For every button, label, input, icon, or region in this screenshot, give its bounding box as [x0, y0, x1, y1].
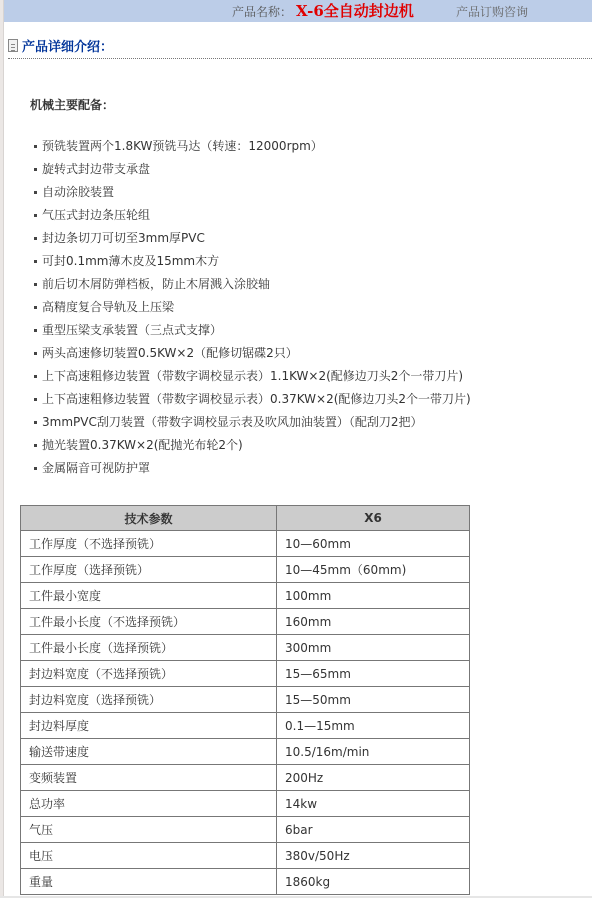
- param-cell: 工件最小长度（不选择预铣）: [21, 609, 277, 635]
- equipment-heading: 机械主要配备：: [30, 96, 114, 113]
- value-cell: 10—60mm: [277, 531, 470, 557]
- param-cell: 封边料厚度: [21, 713, 277, 739]
- section-header: 产品详细介绍：: [8, 36, 113, 54]
- list-item: 自动涂胶装置: [34, 181, 471, 204]
- param-cell: 气压: [21, 817, 277, 843]
- product-name-label: 产品名称：: [232, 3, 292, 20]
- table-row: 变频装置200Hz: [21, 765, 470, 791]
- value-cell: 200Hz: [277, 765, 470, 791]
- value-cell: 15—65mm: [277, 661, 470, 687]
- table-row: 输送带速度10.5/16m/min: [21, 739, 470, 765]
- param-cell: 封边料宽度（不选择预铣）: [21, 661, 277, 687]
- section-title: 产品详细介绍：: [22, 36, 113, 55]
- table-row: 封边料厚度0.1—15mm: [21, 713, 470, 739]
- table-row: 重量1860kg: [21, 869, 470, 895]
- list-item: 预铣装置两个1.8KW预铣马达（转速：12000rpm）: [34, 135, 471, 158]
- table-row: 工件最小宽度100mm: [21, 583, 470, 609]
- table-row: 电压380v/50Hz: [21, 843, 470, 869]
- table-row: 封边料宽度（选择预铣）15—50mm: [21, 687, 470, 713]
- order-inquiry-link[interactable]: 产品订购咨询: [456, 3, 528, 20]
- list-item: 上下高速粗修边装置（带数字调校显示表）1.1KW×2(配修边刀头2个一带刀片): [34, 365, 471, 388]
- table-row: 总功率14kw: [21, 791, 470, 817]
- param-cell: 变频装置: [21, 765, 277, 791]
- param-cell: 重量: [21, 869, 277, 895]
- list-item: 3mmPVC刮刀装置（带数字调校显示表及吹风加油装置）（配刮刀2把）: [34, 411, 471, 434]
- list-item: 封边条切刀可切至3mm厚PVC: [34, 227, 471, 250]
- list-item: 旋转式封边带支承盘: [34, 158, 471, 181]
- value-cell: 380v/50Hz: [277, 843, 470, 869]
- value-cell: 0.1—15mm: [277, 713, 470, 739]
- product-header-bar: 产品名称： X-6全自动封边机 产品订购咨询: [4, 0, 592, 22]
- list-item: 抛光装置0.37KW×2(配抛光布轮2个): [34, 434, 471, 457]
- left-border: [0, 0, 4, 898]
- equipment-list: 预铣装置两个1.8KW预铣马达（转速：12000rpm） 旋转式封边带支承盘 自…: [34, 135, 471, 480]
- list-item: 金属隔音可视防护罩: [34, 457, 471, 480]
- param-cell: 输送带速度: [21, 739, 277, 765]
- document-icon: [8, 39, 18, 52]
- list-item: 两头高速修切装置0.5KW×2（配修切锯碟2只）: [34, 342, 471, 365]
- spec-table: 技术参数 X6 工作厚度（不选择预铣）10—60mm 工作厚度（选择预铣）10—…: [20, 505, 470, 895]
- table-row: 气压6bar: [21, 817, 470, 843]
- header-param: 技术参数: [21, 506, 277, 531]
- param-cell: 工作厚度（不选择预铣）: [21, 531, 277, 557]
- param-cell: 封边料宽度（选择预铣）: [21, 687, 277, 713]
- value-cell: 14kw: [277, 791, 470, 817]
- param-cell: 工件最小宽度: [21, 583, 277, 609]
- table-row: 工作厚度（不选择预铣）10—60mm: [21, 531, 470, 557]
- list-item: 上下高速粗修边装置（带数字调校显示表）0.37KW×2(配修边刀头2个一带刀片): [34, 388, 471, 411]
- dotted-divider: [8, 58, 592, 59]
- param-cell: 工作厚度（选择预铣）: [21, 557, 277, 583]
- value-cell: 300mm: [277, 635, 470, 661]
- product-name-value: X-6全自动封边机: [296, 0, 414, 21]
- table-row: 工件最小长度（选择预铣）300mm: [21, 635, 470, 661]
- value-cell: 10.5/16m/min: [277, 739, 470, 765]
- value-cell: 160mm: [277, 609, 470, 635]
- list-item: 可封0.1mm薄木皮及15mm木方: [34, 250, 471, 273]
- value-cell: 15—50mm: [277, 687, 470, 713]
- value-cell: 6bar: [277, 817, 470, 843]
- value-cell: 100mm: [277, 583, 470, 609]
- param-cell: 工件最小长度（选择预铣）: [21, 635, 277, 661]
- list-item: 高精度复合导轨及上压梁: [34, 296, 471, 319]
- value-cell: 10—45mm（60mm): [277, 557, 470, 583]
- table-row: 工作厚度（选择预铣）10—45mm（60mm): [21, 557, 470, 583]
- value-cell: 1860kg: [277, 869, 470, 895]
- table-row: 工件最小长度（不选择预铣）160mm: [21, 609, 470, 635]
- table-row: 封边料宽度（不选择预铣）15—65mm: [21, 661, 470, 687]
- param-cell: 电压: [21, 843, 277, 869]
- list-item: 气压式封边条压轮组: [34, 204, 471, 227]
- list-item: 前后切木屑防弹档板，防止木屑溅入涂胶轴: [34, 273, 471, 296]
- header-model: X6: [277, 506, 470, 531]
- param-cell: 总功率: [21, 791, 277, 817]
- table-header-row: 技术参数 X6: [21, 506, 470, 531]
- list-item: 重型压梁支承装置（三点式支撑）: [34, 319, 471, 342]
